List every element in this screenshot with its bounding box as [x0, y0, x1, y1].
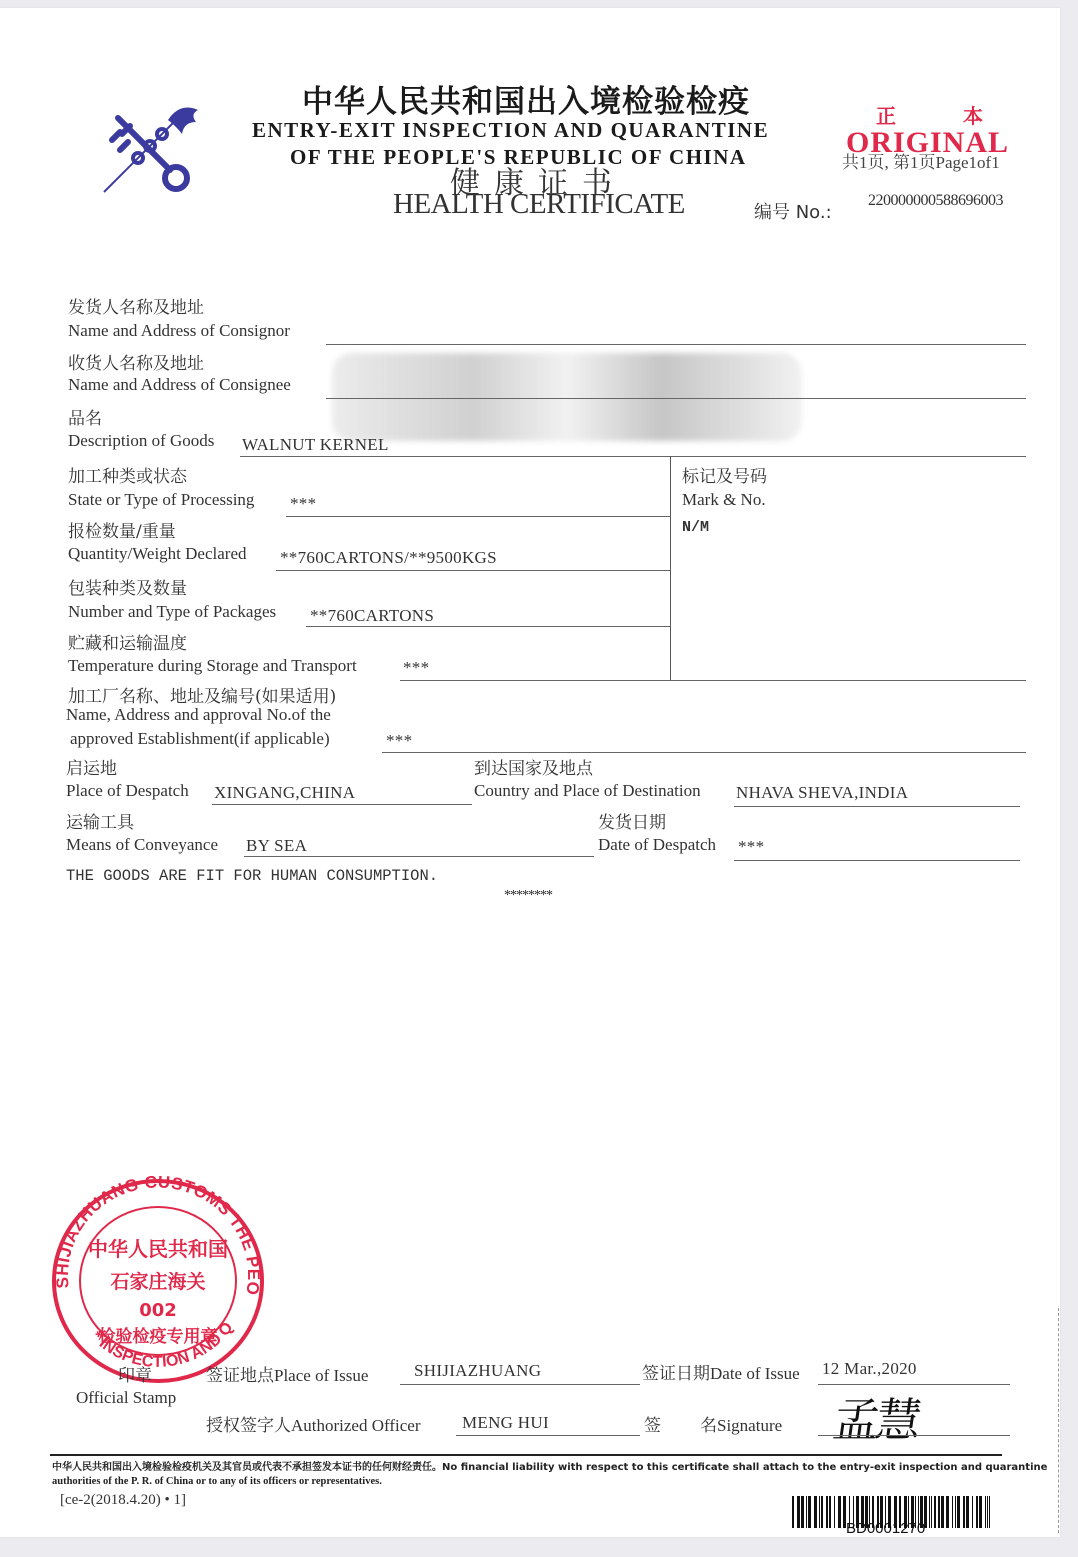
consignee-field-line [326, 398, 1026, 399]
date-of-issue-label: 签证日期Date of Issue [642, 1359, 800, 1384]
despatch-date-label-en: Date of Despatch [598, 835, 716, 855]
stamp-label-en: Official Stamp [76, 1388, 176, 1408]
goods-value: WALNUT KERNEL [242, 435, 389, 455]
packages-value: **760CARTONS [310, 606, 434, 626]
despatch-date-value: *** [738, 837, 764, 857]
stamp-inner-num: 002 [139, 1300, 177, 1321]
quantity-label-cn: 报检数量/重量 [68, 517, 176, 542]
processing-label-cn: 加工种类或状态 [68, 462, 187, 487]
consignor-field-line [326, 344, 1026, 345]
place-of-issue-label: 签证地点Place of Issue [206, 1361, 368, 1386]
stamp-inner-mid: 石家庄海关 [110, 1270, 205, 1293]
quantity-label-en: Quantity/Weight Declared [68, 544, 246, 564]
quantity-field-line [276, 570, 670, 571]
destination-field-line [734, 806, 1020, 807]
consignee-label-cn: 收货人名称及地址 [68, 349, 204, 374]
consignee-label-en: Name and Address of Consignee [68, 375, 291, 395]
despatch-place-label-cn: 启运地 [66, 754, 117, 779]
despatch-place-label-en: Place of Despatch [66, 781, 189, 801]
authorized-officer-line [456, 1435, 640, 1436]
authorized-officer-label: 授权签字人Authorized Officer [206, 1411, 421, 1436]
marks-box-divider [670, 456, 671, 680]
conveyance-value: BY SEA [246, 836, 307, 856]
destination-label-en: Country and Place of Destination [474, 781, 701, 801]
conveyance-label-en: Means of Conveyance [66, 835, 218, 855]
key-caduceus-emblem-icon [98, 100, 208, 200]
temperature-value: *** [403, 658, 429, 678]
disclaimer-line1: 中华人民共和国出入境检验检疫机关及其官员或代表不承担签发本证书的任何财经责任。N… [52, 1458, 1047, 1473]
goods-field-line [240, 456, 1026, 457]
despatch-date-label-cn: 发货日期 [598, 808, 666, 833]
form-code: [ce-2(2018.4.20) • 1] [60, 1492, 186, 1509]
packages-field-line [306, 626, 670, 627]
establishment-label-en-line2: approved Establishment(if applicable) [70, 729, 330, 749]
processing-label-en: State or Type of Processing [68, 490, 254, 510]
separator-stars: ******** [504, 888, 552, 904]
goods-label-en: Description of Goods [68, 431, 214, 451]
place-of-issue-value: SHIJIAZHUANG [414, 1361, 541, 1381]
establishment-label-cn: 加工厂名称、地址及编号(如果适用) [68, 682, 336, 707]
page-edge [1058, 1308, 1059, 1533]
packages-label-en: Number and Type of Packages [68, 602, 276, 622]
destination-label-cn: 到达国家及地点 [474, 754, 593, 779]
stamp-inner-bottom: 检验检疫专用章 [99, 1326, 218, 1347]
destination-value: NHAVA SHEVA,INDIA [736, 783, 908, 803]
certificate-number-value: 22000000058869​6003 [868, 192, 1003, 210]
date-of-issue-value: 12 Mar.,2020 [822, 1359, 917, 1379]
temperature-field-line [400, 680, 1026, 681]
health-certificate-page: 中华人民共和国出入境检验检疫 ENTRY-EXIT INSPECTION AND… [0, 8, 1060, 1537]
establishment-field-line [382, 752, 1026, 753]
certificate-number-label: 编号 No.: [754, 198, 832, 224]
temperature-label-cn: 贮藏和运输温度 [68, 629, 187, 654]
authorized-officer-value: MENG HUI [462, 1413, 549, 1433]
packages-label-cn: 包装种类及数量 [68, 574, 187, 599]
declaration-text: THE GOODS ARE FIT FOR HUMAN CONSUMPTION. [66, 867, 438, 885]
page-info: 共1页, 第1页Page1of1 [842, 148, 1000, 173]
place-of-issue-line [400, 1384, 640, 1385]
stamp-label-cn: 印章 [118, 1361, 152, 1386]
stamp-inner-top: 中华人民共和国 [88, 1237, 228, 1261]
quantity-value: **760CARTONS/**9500KGS [280, 548, 497, 568]
marks-label-cn: 标记及号码 [682, 462, 767, 487]
signature-line [818, 1435, 1010, 1436]
certificate-title-en: HEALTH CERTIFICATE [393, 188, 685, 221]
marks-label-en: Mark & No. [682, 490, 766, 510]
temperature-label-en: Temperature during Storage and Transport [68, 656, 357, 676]
signature-label: 名Signature [700, 1411, 782, 1436]
official-red-stamp: SHIJIAZHUANG CUSTOMS THE PEOPLE'S REPUBL… [48, 1176, 268, 1386]
consignor-label-cn: 发货人名称及地址 [68, 293, 204, 318]
despatch-place-value: XINGANG,CHINA [214, 783, 355, 803]
establishment-value: *** [386, 731, 412, 751]
consignor-label-en: Name and Address of Consignor [68, 321, 290, 341]
conveyance-field-line [244, 856, 594, 857]
marks-value: N/M [682, 519, 709, 536]
despatch-date-field-line [734, 860, 1020, 861]
processing-field-line [286, 516, 670, 517]
despatch-place-field-line [212, 804, 472, 805]
original-mark-cn: 正 本 [876, 100, 1013, 129]
disclaimer-line2: authorities of the P. R. of China or to … [52, 1476, 382, 1487]
barcode-value: BD0001270 [846, 1520, 925, 1537]
org-name-cn: 中华人民共和国出入境检验检疫 [302, 76, 750, 121]
org-name-en-line1: ENTRY-EXIT INSPECTION AND QUARANTINE [252, 118, 769, 143]
processing-value: *** [290, 494, 316, 514]
establishment-label-en-line1: Name, Address and approval No.of the [66, 705, 331, 725]
conveyance-label-cn: 运输工具 [66, 808, 134, 833]
consignee-redacted-value [332, 353, 802, 441]
goods-label-cn: 品名 [68, 404, 102, 429]
signature-label-cn: 签 [644, 1411, 661, 1436]
handwritten-signature: 孟慧 [829, 1384, 922, 1450]
footer-divider [50, 1454, 1002, 1456]
